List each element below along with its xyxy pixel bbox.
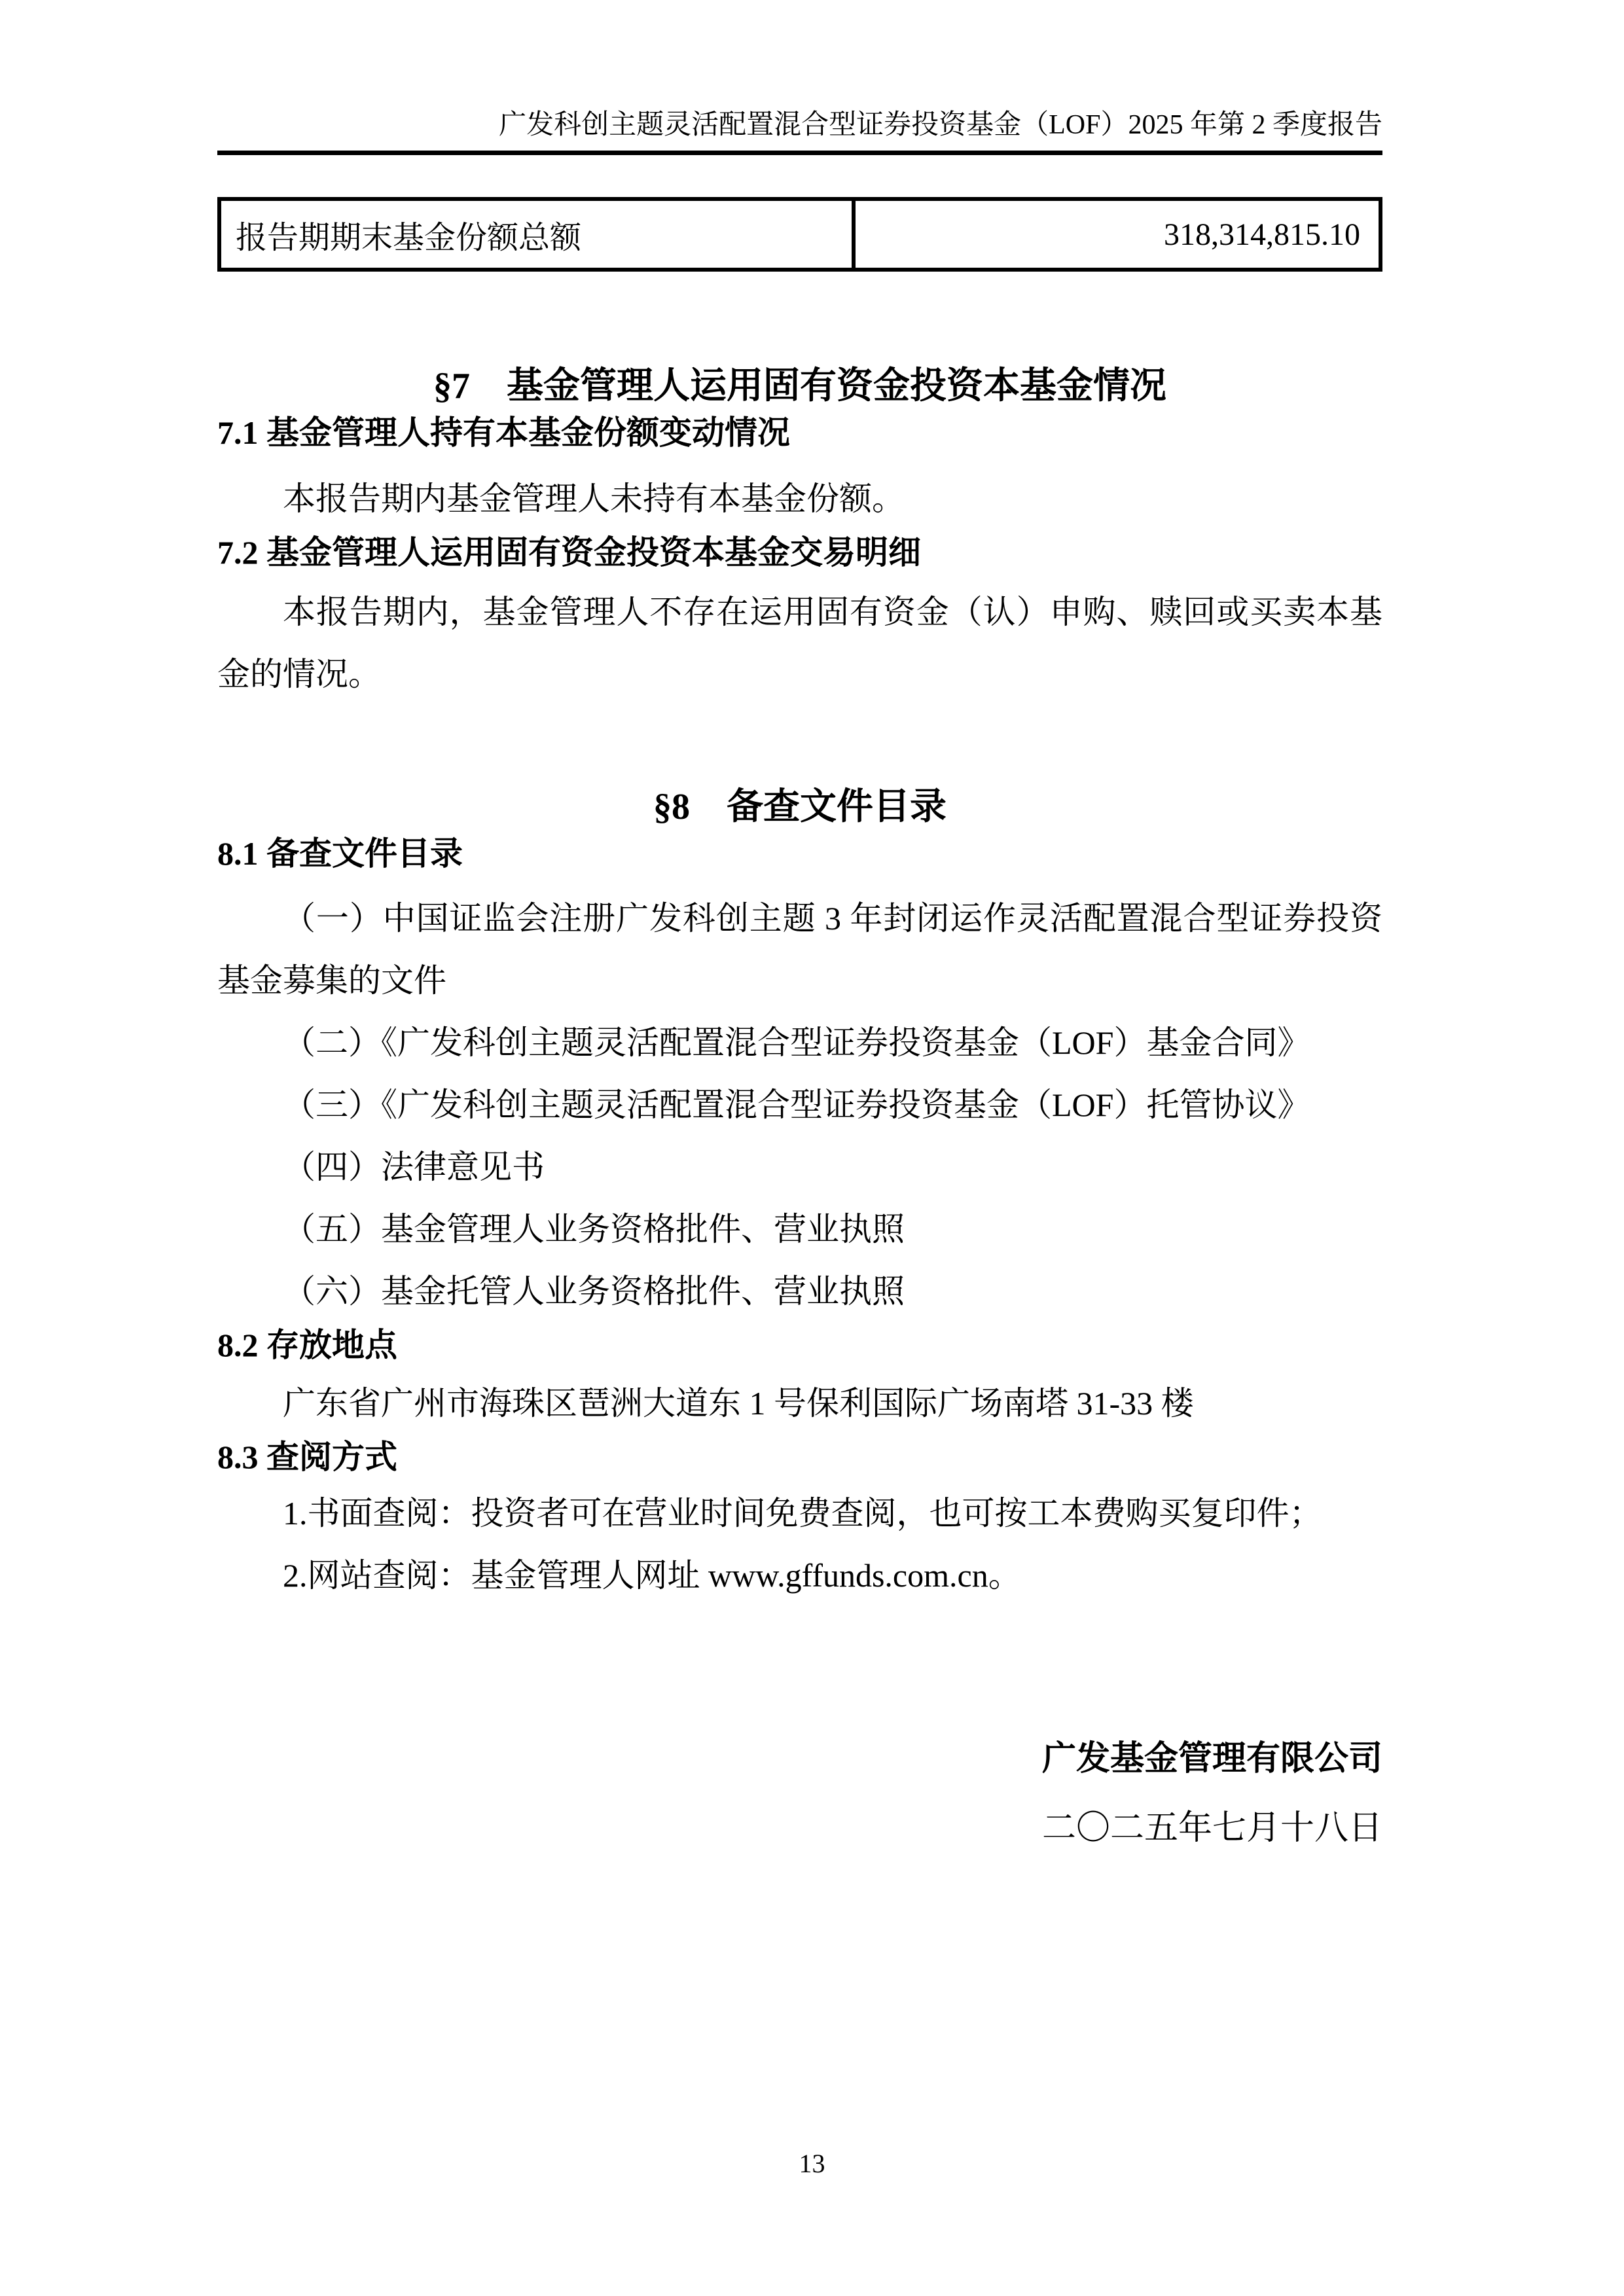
list-item: （一）中国证监会注册广发科创主题 3 年封闭运作灵活配置混合型证券投资基金募集的… [217, 888, 1382, 1012]
table-row: 报告期期末基金份额总额 318,314,815.10 [219, 199, 1380, 270]
storage-address-paragraph: 广东省广州市海珠区琶洲大道东 1 号保利国际广场南塔 31-33 楼 [217, 1372, 1382, 1435]
page-content: 广发科创主题灵活配置混合型证券投资基金（LOF）2025 年第 2 季度报告 报… [217, 0, 1382, 1850]
section-7-1-heading: 7.1 基金管理人持有本基金份额变动情况 [217, 410, 1382, 455]
list-item: （四）法律意见书 [217, 1136, 1382, 1198]
page-header: 广发科创主题灵活配置混合型证券投资基金（LOF）2025 年第 2 季度报告 [217, 0, 1382, 155]
section-7-2-paragraph: 本报告期内，基金管理人不存在运用固有资金（认）申购、赎回或买卖本基金的情况。 [217, 581, 1382, 706]
signature-block: 广发基金管理有限公司 二〇二五年七月十八日 [217, 1738, 1382, 1850]
signature-date: 二〇二五年七月十八日 [217, 1807, 1382, 1850]
section-7-1-paragraph: 本报告期内基金管理人未持有本基金份额。 [217, 468, 1382, 530]
view-method-website-paragraph: 2.网站查阅：基金管理人网址 www.gffunds.com.cn。 [217, 1545, 1382, 1607]
section-8-3-heading: 8.3 查阅方式 [217, 1435, 1382, 1479]
fund-share-summary-table: 报告期期末基金份额总额 318,314,815.10 [217, 197, 1382, 272]
table-cell-share-total-label: 报告期期末基金份额总额 [219, 199, 854, 270]
document-page: 广发科创主题灵活配置混合型证券投资基金（LOF）2025 年第 2 季度报告 报… [0, 0, 1624, 2296]
table-cell-share-total-value: 318,314,815.10 [854, 199, 1380, 270]
section-8-2-heading: 8.2 存放地点 [217, 1323, 1382, 1367]
header-title: 广发科创主题灵活配置混合型证券投资基金（LOF）2025 年第 2 季度报告 [499, 110, 1382, 140]
list-item: （二）《广发科创主题灵活配置混合型证券投资基金（LOF）基金合同》 [217, 1012, 1382, 1074]
signature-company: 广发基金管理有限公司 [217, 1738, 1382, 1781]
view-method-paper-paragraph: 1.书面查阅：投资者可在营业时间免费查阅，也可按工本费购买复印件； [217, 1482, 1382, 1545]
list-item: （三）《广发科创主题灵活配置混合型证券投资基金（LOF）托管协议》 [217, 1074, 1382, 1136]
list-item: （六）基金托管人业务资格批件、营业执照 [217, 1261, 1382, 1323]
section-7-2-heading: 7.2 基金管理人运用固有资金投资本基金交易明细 [217, 530, 1382, 575]
section-8-1-heading: 8.1 备查文件目录 [217, 831, 1382, 876]
section-7-heading: §7 基金管理人运用固有资金投资本基金情况 [217, 362, 1382, 410]
section-8-heading: §8 备查文件目录 [217, 783, 1382, 831]
list-item: （五）基金管理人业务资格批件、营业执照 [217, 1198, 1382, 1261]
page-number: 13 [0, 2149, 1624, 2179]
reference-document-list: （一）中国证监会注册广发科创主题 3 年封闭运作灵活配置混合型证券投资基金募集的… [217, 888, 1382, 1323]
